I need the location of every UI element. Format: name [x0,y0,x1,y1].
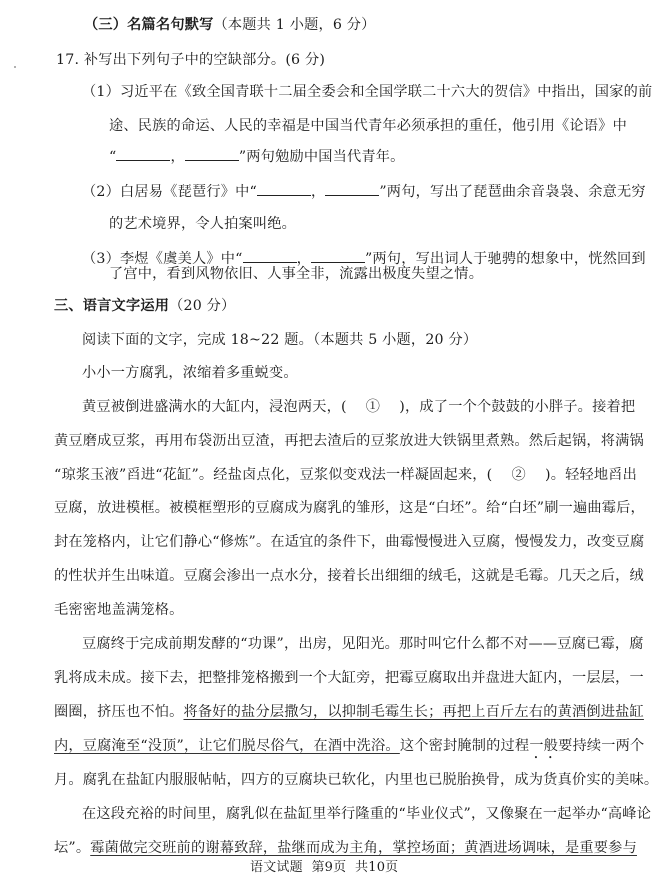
passage-lead: 小小一方腐乳，浓缩着多重蜕变。 [82,363,298,383]
section-title: （三）名篇名句默写 [84,17,214,33]
answer-blank[interactable] [185,146,239,161]
plain-text: 要持续一两个 [558,738,644,754]
passage-p2-line: 内，豆腐淹至“没顶”，让它们脱尽俗气，在酒中洗浴。这个密封腌制的过程一般要持续一… [54,736,644,762]
question-number: 17. [56,52,79,68]
comma: ， [311,184,325,200]
section-header: （三）名篇名句默写（本题共 1 小题，6 分） [84,15,376,35]
item-text: ”两句，写出了琵琶曲余音袅袅、余意无穷 [379,184,645,200]
plain-text: 坛”。 [54,840,90,856]
passage-p1-line: “琼浆玉液”舀进“花缸”。经盐卤点化，豆浆似变戏法一样凝固起来，( ② )。轻轻… [54,465,637,485]
passage-p1-line: 黄豆磨成豆浆，再用布袋沥出豆渣，再把去渣后的豆浆放进大铁锅里煮熟。然后起锅，将满… [54,431,644,451]
answer-blank[interactable] [311,248,365,263]
answer-blank[interactable] [243,248,297,263]
passage-p1-line: 毛密密地盖满笼格。 [54,600,184,620]
underlined-text: 将备好的盐分层撒匀，以抑制毛霉生长；再把上百斤左右的黄酒倒进盐缸 [184,704,644,720]
answer-blank[interactable] [116,146,170,161]
part-title: 三、语言文字运用 [54,298,169,314]
plain-text: 这个密封腌制的过程 [400,738,530,754]
footer-page-number: 第9页 [311,860,346,875]
section-note: （本题共 1 小题，6 分） [214,17,376,33]
passage-p2-line: 乳将成未成。接下去，把整排笼格搬到一个大缸旁，把霉豆腐取出并盘进大缸内，一层层，… [54,668,644,688]
passage-p1-line: 封在笼格内，让它们静心“修炼”。在适宜的条件下，曲霉慢慢进入豆腐，慢慢发力，改变… [54,532,644,552]
footer-subject: 语文试题 [250,860,303,875]
reading-instruction: 阅读下面的文字，完成 18~22 题。（本题共 5 小题，20 分） [82,330,477,350]
footer-total-pages: 共10页 [355,860,398,875]
answer-blank[interactable] [257,181,311,196]
underlined-text: 内，豆腐淹至“没顶”，让它们脱尽俗气，在酒中洗浴。 [54,738,400,754]
page-footer: 语文试题 第9页 共10页 [250,858,398,878]
q17-item-3-line2: 了宫中，看到风物依旧、人事全非，流露出极度失望之情。 [109,264,483,284]
quote-open: “ [109,149,116,165]
item-text: 习近平在《致全国青联十二届全委会和全国学联二十六大的贺信》中指出，国家的前 [120,84,652,100]
passage-p3-line: 坛”。霉菌做完交班前的谢幕致辞，盐继而成为主角，掌控场面；黄酒进场调味，是重要参… [54,838,637,858]
answer-blank[interactable] [325,181,379,196]
passage-p2-line: 豆腐终于完成前期发酵的“功课”，出房，见阳光。那时叫它什么都不对——豆腐已霉，腐 [82,634,644,654]
item-text: ”两句勉励中国当代青年。 [239,149,405,165]
q17-item-1-line3: “，”两句勉励中国当代青年。 [109,146,405,167]
question-text: 补写出下列句子中的空缺部分。(6 分) [84,52,325,68]
question-17-prompt: 17. 补写出下列句子中的空缺部分。(6 分) [56,50,325,70]
passage-p3-line: 在这段充裕的时间里，腐乳似在盐缸里举行隆重的“毕业仪式”，又像聚在一起举办“高峰… [82,804,651,824]
part3-header: 三、语言文字运用（20 分） [54,296,235,316]
passage-p1-line: 豆腐，放进模框。被模框塑形的豆腐成为腐乳的雏形，这是“白坯”。给“白坯”刷一遍曲… [54,498,645,518]
passage-p1-line: 的性状并生出味道。豆腐会渗出一点水分，接着长出细细的绒毛，这就是毛霉。几天之后，… [54,566,644,586]
passage-p1-line: 黄豆被倒进盛满水的大缸内，浸泡两天，( ① )，成了一个个鼓鼓的小胖子。接着把 [82,397,635,417]
plain-text: 圈圈，挤压也不怕。 [54,704,184,720]
passage-p2-line: 圈圈，挤压也不怕。将备好的盐分层撒匀，以抑制毛霉生长；再把上百斤左右的黄酒倒进盐… [54,702,644,722]
item-label: （2） [82,184,120,200]
part-score: （20 分） [169,298,235,314]
underlined-text: 霉菌做完交班前的谢幕致辞，盐继而成为主角，掌控场面；黄酒进场调味，是重要参与 [90,840,637,856]
q17-item-2-line1: （2）白居易《琵琶行》中“，”两句，写出了琵琶曲余音袅袅、余意无穷 [82,181,646,202]
scan-speck [14,66,16,68]
q17-item-2-line2: 的艺术境界，令人拍案叫绝。 [109,214,296,234]
item-label: （1） [82,84,120,100]
comma: ， [170,149,184,165]
passage-p2-line: 月。腐乳在盐缸内服服帖帖，四方的豆腐块已软化，内里也已脱胎换骨，成为货真价实的美… [54,770,658,790]
item-text: 白居易《琵琶行》中“ [120,184,257,200]
q17-item-1-line1: （1）习近平在《致全国青联十二届全委会和全国学联二十六大的贺信》中指出，国家的前 [82,82,652,102]
q17-item-1-line2: 途、民族的命运、人民的幸福是中国当代青年必须承担的重任，他引用《论语》中 [109,116,627,136]
emphasis-dotted-text: 一般 [529,738,558,754]
